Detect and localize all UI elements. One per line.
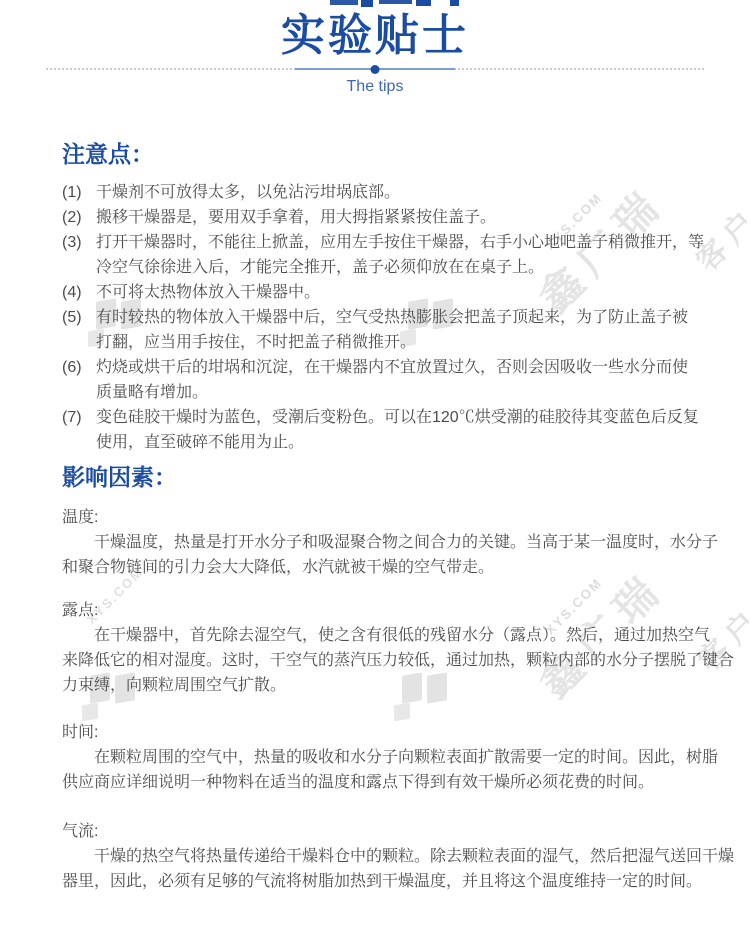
factor-paragraph: 在颗粒周围的空气中，热量的吸收和水分子向颗粒表面扩散需要一定的时间。因此，树脂 … <box>62 745 695 795</box>
note-item-number: (6) <box>62 355 96 380</box>
factor-block-temperature: 温度: 干燥温度，热量是打开水分子和吸湿聚合物之间合力的关键。当高于某一温度时，… <box>62 505 695 580</box>
note-item-text: 干燥剂不可放得太多，以免沾污坩埚底部。 <box>96 180 400 205</box>
note-item: (5) 有时较热的物体放入干燥器中后，空气受热热膨胀会把盖子顶起来，为了防止盖子… <box>62 305 695 355</box>
note-item-number: (2) <box>62 205 96 230</box>
note-item-text: 灼烧或烘干后的坩埚和沉淀，在干燥器内不宜放置过久，否则会因吸收一些水分而使 质量… <box>96 355 688 405</box>
note-item-number: (4) <box>62 280 96 305</box>
factor-block-airflow: 气流: 干燥的热空气将热量传递给干燥料仓中的颗粒。除去颗粒表面的湿气，然后把湿气… <box>62 819 695 894</box>
page-header: 实验贴士 The tips <box>0 0 750 96</box>
document-body: 注意点： (1) 干燥剂不可放得太多，以免沾污坩埚底部。 (2) 搬移干燥器是，… <box>62 140 695 894</box>
note-item-text: 不可将太热物体放入干燥器中。 <box>96 280 320 305</box>
factor-paragraph: 干燥的热空气将热量传递给干燥料仓中的颗粒。除去颗粒表面的湿气，然后把湿气送回干燥… <box>62 844 695 894</box>
factor-paragraph: 干燥温度，热量是打开水分子和吸湿聚合物之间合力的关键。当高于某一温度时，水分子 … <box>62 530 695 580</box>
title-divider <box>46 64 704 74</box>
factor-label: 气流: <box>62 819 695 844</box>
note-item-text: 搬移干燥器是，要用双手拿着，用大拇指紧紧按住盖子。 <box>96 205 496 230</box>
divider-center-dot <box>371 65 380 74</box>
note-item-text: 变色硅胶干燥时为蓝色，受潮后变粉色。可以在120℃烘受潮的硅胶待其变蓝色后反复 … <box>96 405 699 455</box>
factor-paragraph: 在干燥器中，首先除去湿空气，使之含有很低的残留水分（露点）。然后，通过加热空气 … <box>62 623 695 698</box>
page-title: 实验贴士 <box>0 12 750 60</box>
note-item-text: 有时较热的物体放入干燥器中后，空气受热热膨胀会把盖子顶起来，为了防止盖子被 打翻… <box>96 305 688 355</box>
factor-block-dewpoint: 露点: 在干燥器中，首先除去湿空气，使之含有很低的残留水分（露点）。然后，通过加… <box>62 598 695 698</box>
note-item-number: (1) <box>62 180 96 205</box>
note-item: (6) 灼烧或烘干后的坩埚和沉淀，在干燥器内不宜放置过久，否则会因吸收一些水分而… <box>62 355 695 405</box>
factor-label: 温度: <box>62 505 695 530</box>
factor-label: 时间: <box>62 720 695 745</box>
note-item: (7) 变色硅胶干燥时为蓝色，受潮后变粉色。可以在120℃烘受潮的硅胶待其变蓝色… <box>62 405 695 455</box>
notes-list: (1) 干燥剂不可放得太多，以免沾污坩埚底部。 (2) 搬移干燥器是，要用双手拿… <box>62 180 695 455</box>
page-subtitle: The tips <box>0 78 750 96</box>
note-item: (3) 打开干燥器时，不能往上掀盖，应用左手按住干燥器，右手小心地吧盖子稍微推开… <box>62 230 695 280</box>
section-heading-factors: 影响因素： <box>62 463 695 491</box>
factor-label: 露点: <box>62 598 695 623</box>
note-item: (1) 干燥剂不可放得太多，以免沾污坩埚底部。 <box>62 180 695 205</box>
note-item-text: 打开干燥器时，不能往上掀盖，应用左手按住干燥器，右手小心地吧盖子稍微推开，等 冷… <box>96 230 704 280</box>
note-item: (4) 不可将太热物体放入干燥器中。 <box>62 280 695 305</box>
note-item-number: (7) <box>62 405 96 430</box>
note-item-number: (5) <box>62 305 96 330</box>
section-heading-notes: 注意点： <box>62 140 695 168</box>
factor-block-time: 时间: 在颗粒周围的空气中，热量的吸收和水分子向颗粒表面扩散需要一定的时间。因此… <box>62 720 695 795</box>
note-item: (2) 搬移干燥器是，要用双手拿着，用大拇指紧紧按住盖子。 <box>62 205 695 230</box>
note-item-number: (3) <box>62 230 96 255</box>
